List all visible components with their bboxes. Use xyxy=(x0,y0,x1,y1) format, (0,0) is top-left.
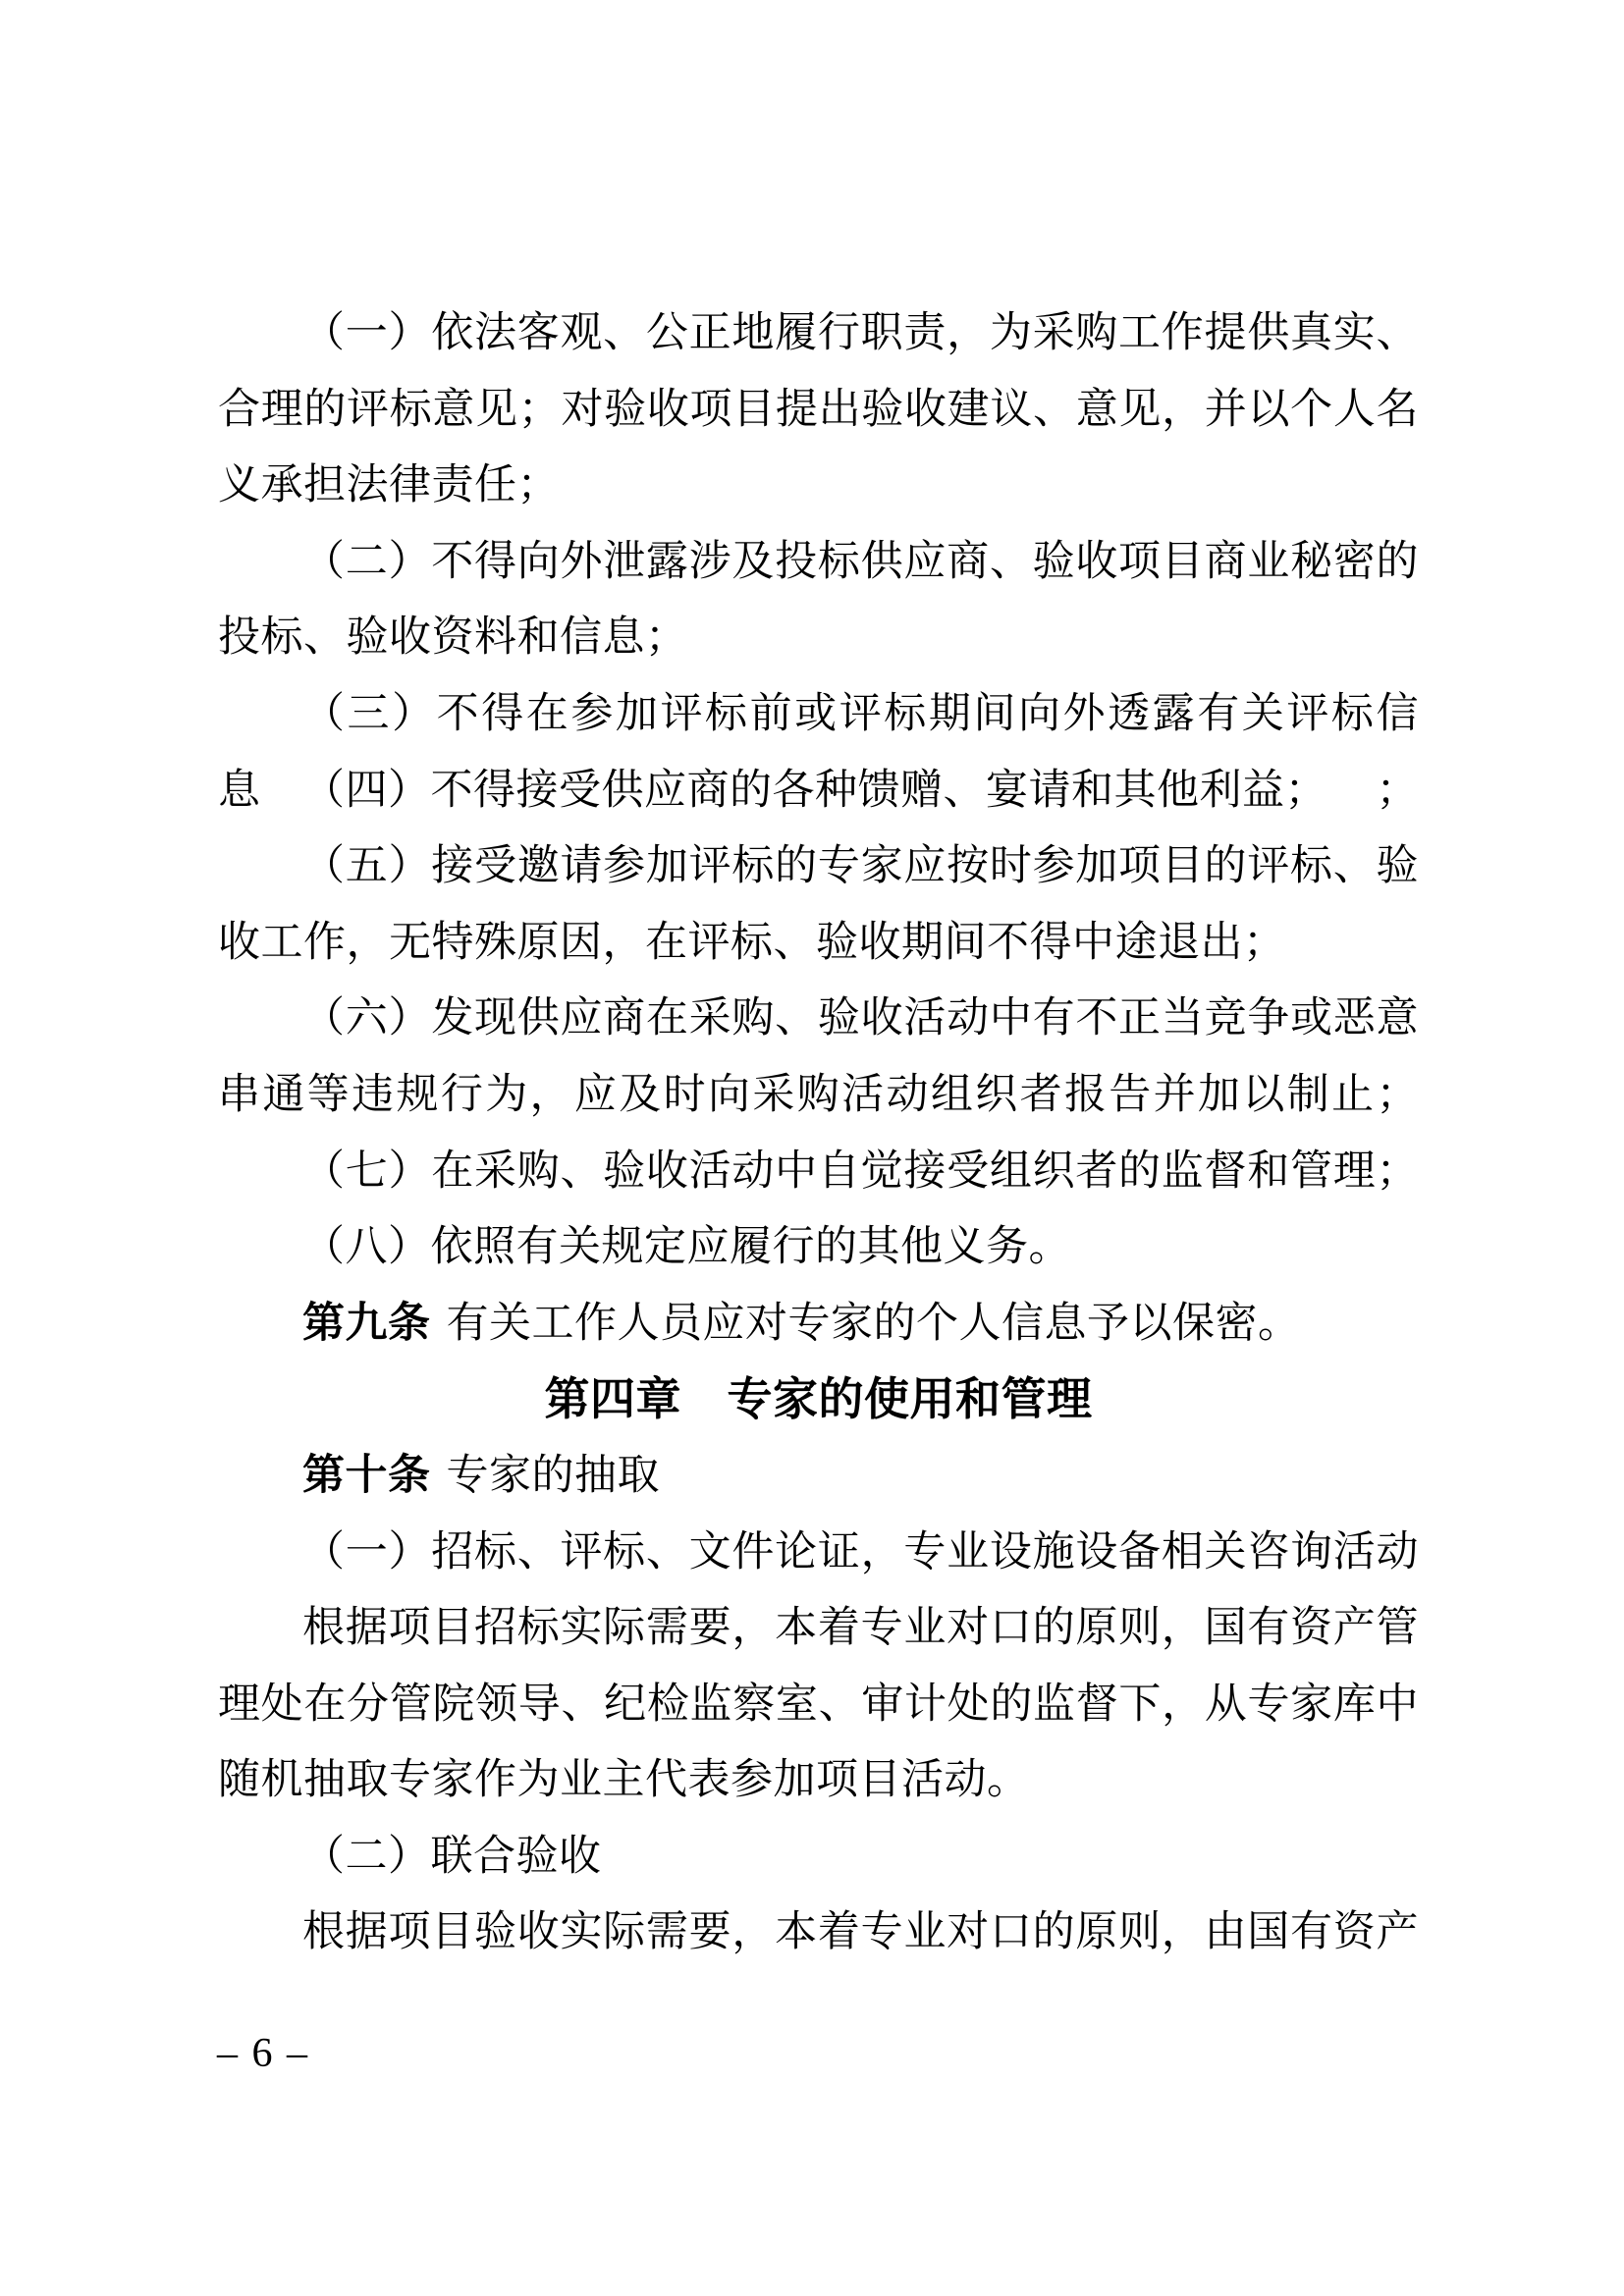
article-10-line: 第十条专家的抽取 xyxy=(218,1438,1419,1515)
document-page: （一）依法客观、公正地履行职责，为采购工作提供真实、 合理的评标意见；对验收项目… xyxy=(0,0,1624,2296)
text-line: （一）招标、评标、文件论证，专业设施设备相关咨询活动 xyxy=(218,1515,1419,1591)
text-line: （七）在采购、验收活动中自觉接受组织者的监督和管理； xyxy=(218,1134,1419,1210)
footer-page-number: – 6 – xyxy=(217,2032,309,2075)
text-line: （八）依照有关规定应履行的其他义务。 xyxy=(218,1209,1419,1286)
text-line: 投标、验收资料和信息； xyxy=(218,600,1419,676)
text-line: 合理的评标意见；对验收项目提出验收建议、意见，并以个人名 xyxy=(218,372,1419,449)
text-line: 串通等违规行为，应及时向采购活动组织者报告并加以制止； xyxy=(218,1057,1419,1134)
article-number-label: 第九条 xyxy=(302,1300,431,1347)
article-9-line: 第九条有关工作人员应对专家的个人信息予以保密。 xyxy=(218,1286,1419,1362)
article-text: 专家的抽取 xyxy=(447,1453,661,1499)
article-number-label: 第十条 xyxy=(302,1452,431,1499)
text-line: 理处在分管院领导、纪检监察室、审计处的监督下，从专家库中 xyxy=(218,1667,1419,1743)
article-text: 有关工作人员应对专家的个人信息予以保密。 xyxy=(447,1301,1301,1347)
chapter-4-heading: 第四章 专家的使用和管理 xyxy=(218,1362,1419,1438)
text-line: 随机抽取专家作为业主代表参加项目活动。 xyxy=(218,1742,1419,1819)
text-line: （二）不得向外泄露涉及投标供应商、验收项目商业秘密的 xyxy=(218,524,1419,601)
text-line: 根据项目验收实际需要，本着专业对口的原则，由国有资产 xyxy=(218,1895,1419,1971)
text-line: 收工作，无特殊原因，在评标、验收期间不得中途退出； xyxy=(218,905,1419,982)
text-line: 根据项目招标实际需要，本着专业对口的原则，国有资产管 xyxy=(218,1590,1419,1667)
text-line: （二）联合验收 xyxy=(218,1819,1419,1896)
text-line: （六）发现供应商在采购、验收活动中有不正当竞争或恶意 xyxy=(218,981,1419,1057)
document-body: （一）依法客观、公正地履行职责，为采购工作提供真实、 合理的评标意见；对验收项目… xyxy=(218,295,1419,1971)
text-line: （四）不得接受供应商的各种馈赠、宴请和其他利益； xyxy=(218,753,1419,829)
text-line: （五）接受邀请参加评标的专家应按时参加项目的评标、验 xyxy=(218,828,1419,905)
text-line: （一）依法客观、公正地履行职责，为采购工作提供真实、 xyxy=(218,295,1419,372)
text-line: 义承担法律责任； xyxy=(218,448,1419,524)
text-line: （三）不得在参加评标前或评标期间向外透露有关评标信息； xyxy=(218,676,1419,753)
